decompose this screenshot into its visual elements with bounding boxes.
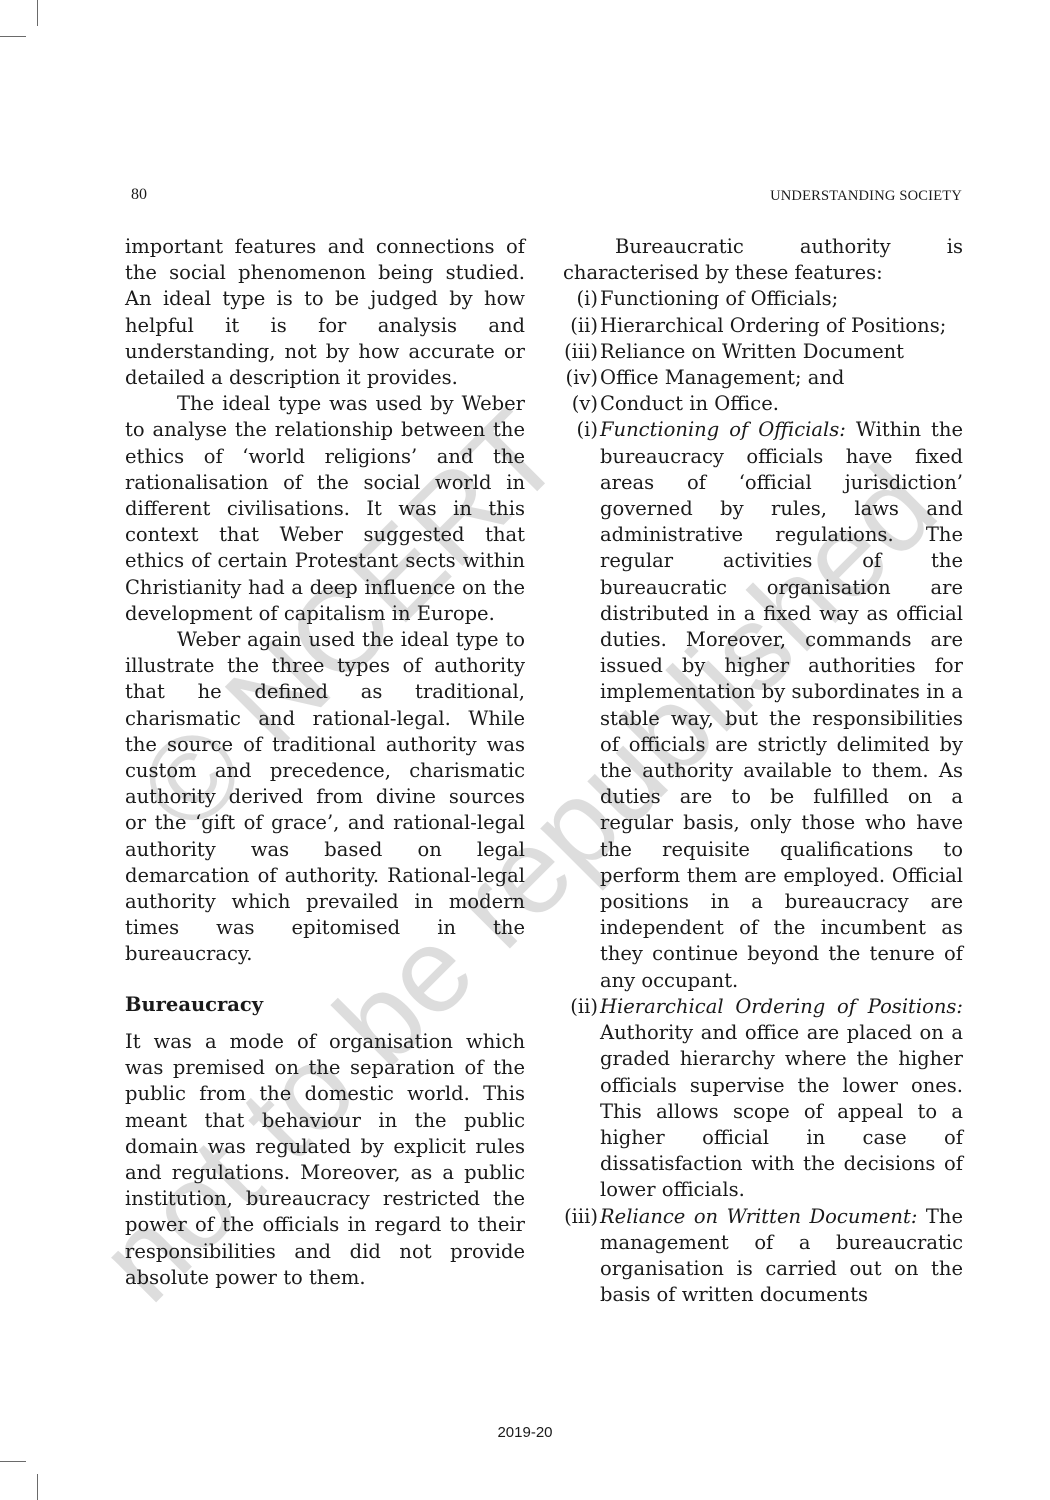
list-item: (v) Conduct in Office.: [563, 391, 963, 417]
feature-list: (i) Functioning of Officials; (ii) Hiera…: [563, 286, 963, 417]
list-label: Conduct in Office.: [600, 391, 779, 417]
list-number: (v): [563, 391, 600, 417]
detail-number: (iii): [563, 1204, 600, 1309]
right-column: Bureaucratic authority is characterised …: [563, 234, 963, 1308]
list-label: Reliance on Written Document: [600, 339, 904, 365]
list-item: (iii) Reliance on Written Document: [563, 339, 963, 365]
paragraph: The ideal type was used by Weber to anal…: [125, 391, 525, 627]
list-number: (ii): [563, 313, 600, 339]
detail-item: (i) Functioning of Officials: Within the…: [563, 417, 963, 993]
detail-text: Authority and office are placed on a gra…: [600, 1021, 963, 1201]
detail-title: Functioning of Officials:: [600, 418, 846, 441]
paragraph: Bureaucratic authority is characterised …: [563, 234, 963, 286]
crop-mark-bottom-v: [37, 1474, 38, 1500]
detail-number: (i): [563, 417, 600, 993]
left-column: important features and connections of th…: [125, 234, 525, 1291]
paragraph: important features and connections of th…: [125, 234, 525, 391]
running-head: UNDERSTANDING SOCIETY: [770, 188, 962, 205]
list-label: Office Management; and: [600, 365, 844, 391]
list-number: (i): [563, 286, 600, 312]
section-heading: Bureaucracy: [125, 992, 525, 1018]
detail-number: (ii): [563, 994, 600, 1204]
list-label: Functioning of Officials;: [600, 286, 838, 312]
detail-item: (ii) Hierarchical Ordering of Positions:…: [563, 994, 963, 1204]
list-item: (iv) Office Management; and: [563, 365, 963, 391]
detail-item: (iii) Reliance on Written Document: The …: [563, 1204, 963, 1309]
list-label: Hierarchical Ordering of Positions;: [600, 313, 946, 339]
page-number: 80: [131, 186, 147, 204]
crop-mark-bottom-h: [0, 1461, 26, 1462]
footer-year: 2019-20: [0, 1424, 1050, 1441]
paragraph: It was a mode of organisation which was …: [125, 1029, 525, 1291]
list-number: (iii): [563, 339, 600, 365]
paragraph: Weber again used the ideal type to illus…: [125, 627, 525, 968]
list-item: (ii) Hierarchical Ordering of Positions;: [563, 313, 963, 339]
detail-title: Hierarchical Ordering of Positions:: [600, 995, 963, 1018]
crop-mark-top-h: [0, 36, 26, 37]
list-number: (iv): [563, 365, 600, 391]
detail-text: Within the bureaucracy officials have fi…: [600, 418, 963, 991]
detail-title: Reliance on Written Document:: [600, 1205, 917, 1228]
list-item: (i) Functioning of Officials;: [563, 286, 963, 312]
feature-details: (i) Functioning of Officials: Within the…: [563, 417, 963, 1308]
crop-mark-top-v: [37, 0, 38, 26]
